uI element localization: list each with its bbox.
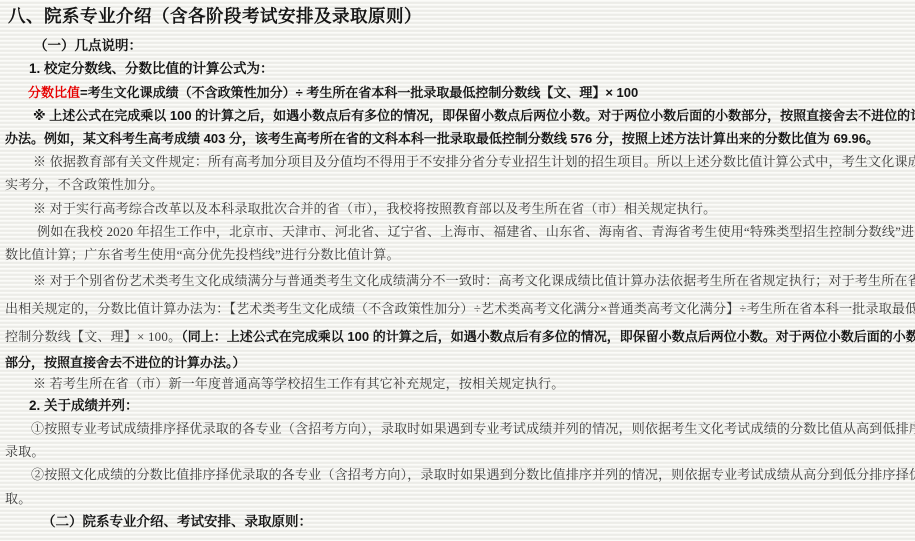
note-supplement: ※ 若考生所在省（市）新一年度普通高等学校招生工作有其它补充规定，按相关规定执行… bbox=[33, 376, 564, 391]
tie-rule1-line2: 录取。 bbox=[5, 444, 45, 459]
tie-rule1-line1: ①按照专业考试成绩排序择优录取的各专业（含招考方向），录取时如果遇到专业考试成绩… bbox=[31, 421, 915, 436]
note-reform-line2: 例如在我校 2020 年招生工作中，北京市、天津市、河北省、辽宁省、上海市、福建… bbox=[37, 224, 915, 239]
note-art-line3-bold: （同上：上述公式在完成乘以 100 的计算之后，如遇小数点后有多位的情况，即保留… bbox=[181, 329, 915, 344]
page-title: 八、院系专业介绍（含各阶段考试安排及录取原则） bbox=[8, 9, 422, 24]
note-moe-line2: 实考分，不含政策性加分。 bbox=[5, 177, 163, 192]
note-rounding-line2: 办法。例如，某文科考生高考成绩 403 分，该考生高考所在省的文科本科一批录取最… bbox=[5, 131, 879, 146]
note-rounding-line1: ※ 上述公式在完成乘以 100 的计算之后，如遇小数点后有多位的情况，即保留小数… bbox=[33, 108, 915, 123]
note-reform-line3: 数比值计算；广东省考生使用“高分优先投档线”进行分数比值计算。 bbox=[5, 247, 400, 262]
formula-term: 分数比值 bbox=[28, 85, 80, 100]
item1-heading: 1. 校定分数线、分数比值的计算公式为： bbox=[29, 61, 274, 76]
note-art-line3-regular: 控制分数线【文、理】× 100。 bbox=[5, 329, 181, 344]
section1-heading: （一）几点说明： bbox=[34, 38, 142, 53]
note-art-line4: 部分，按照直接舍去不进位的计算办法。） bbox=[5, 355, 246, 370]
section2-heading: （二）院系专业介绍、考试安排、录取原则： bbox=[42, 514, 312, 529]
formula-line: 分数比值=考生文化课成绩（不含政策性加分）÷ 考生所在省本科一批录取最低控制分数… bbox=[28, 85, 638, 100]
note-art-line3: 控制分数线【文、理】× 100。（同上：上述公式在完成乘以 100 的计算之后，… bbox=[5, 329, 915, 344]
tie-rule2-line2: 取。 bbox=[5, 491, 31, 506]
tie-rule2-line1: ②按照文化成绩的分数比值排序择优录取的各专业（含招考方向），录取时如果遇到分数比… bbox=[31, 467, 915, 482]
note-reform-line1: ※ 对于实行高考综合改革以及本科录取批次合并的省（市），我校将按照教育部以及考生… bbox=[33, 201, 716, 216]
item2-heading: 2. 关于成绩并列： bbox=[29, 398, 139, 413]
note-moe-line1: ※ 依据教育部有关文件规定：所有高考加分项目及分值均不得用于不安排分省分专业招生… bbox=[33, 154, 915, 169]
formula-rest: =考生文化课成绩（不含政策性加分）÷ 考生所在省本科一批录取最低控制分数线【文、… bbox=[80, 85, 638, 100]
note-art-line1: ※ 对于个别省份艺术类考生文化成绩满分与普通类考生文化成绩满分不一致时：高考文化… bbox=[33, 273, 915, 288]
document-page: 八、院系专业介绍（含各阶段考试安排及录取原则） （一）几点说明： 1. 校定分数… bbox=[0, 0, 915, 541]
note-art-line2: 出相关规定的，分数比值计算办法为：【艺术类考生文化成绩（不含政策性加分）÷艺术类… bbox=[5, 301, 915, 316]
